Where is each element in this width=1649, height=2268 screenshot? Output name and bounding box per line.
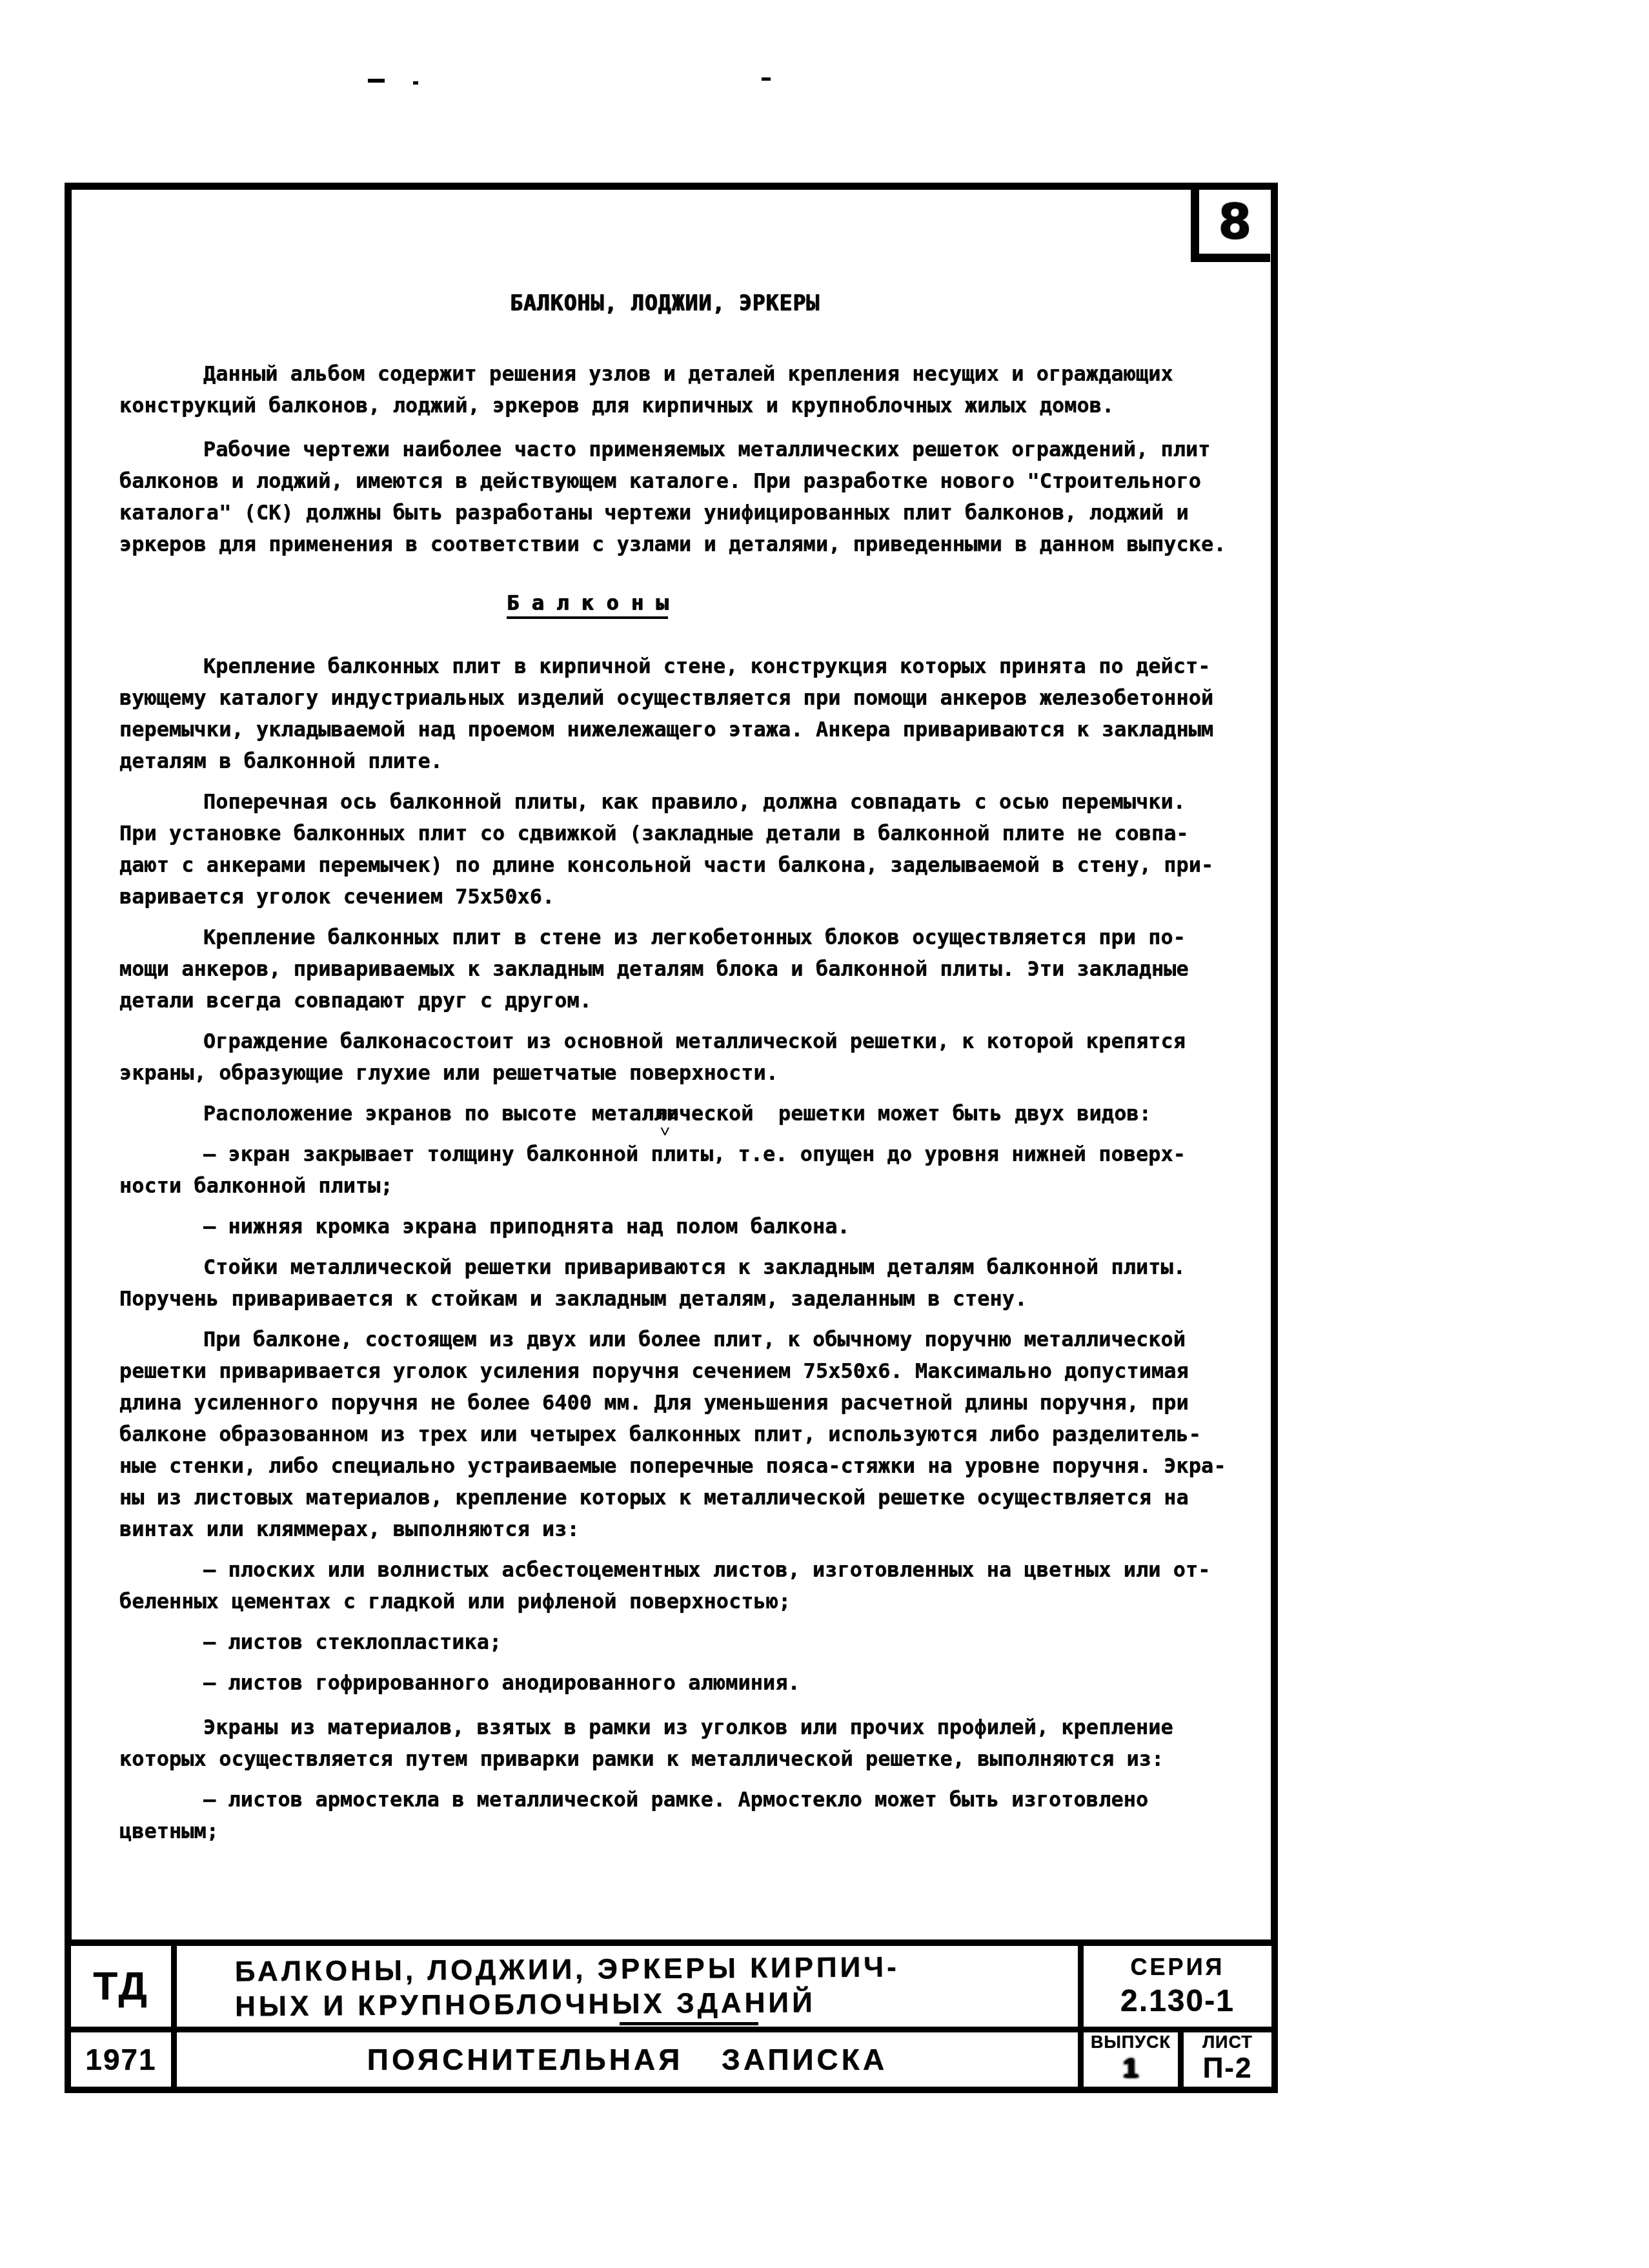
paragraph-1: Данный альбом содержит решения узлов и д… bbox=[119, 358, 1225, 421]
sheet-label: ЛИСТ bbox=[1202, 2032, 1253, 2052]
caret-mark: ˅ bbox=[576, 1117, 670, 1148]
paragraph-2: Рабочие чертежи наиболее часто применяем… bbox=[119, 434, 1225, 560]
text-line: винтах или кляммерах, выполняются из: bbox=[119, 1514, 1225, 1545]
paragraph-10: – нижняя кромка экрана приподнята над по… bbox=[119, 1211, 1225, 1242]
text-line: Поручень приваривается к стойкам и закла… bbox=[119, 1283, 1225, 1315]
page-number: 8 bbox=[1218, 194, 1251, 250]
text-line: детали всегда совпадают друг с другом. bbox=[119, 985, 1225, 1017]
text-line: перемычки, укладываемой над проемом ниже… bbox=[119, 714, 1225, 745]
text-line: ности балконной плиты; bbox=[119, 1170, 1225, 1202]
year: 1971 bbox=[85, 2042, 156, 2077]
text-line: эркеров для применения в соответствии с … bbox=[119, 529, 1225, 560]
document-body: Данный альбом содержит решения узлов и д… bbox=[119, 358, 1225, 1847]
text-line: длина усиленного поручня не более 6400 м… bbox=[119, 1387, 1225, 1419]
section-heading-text: Б а л к о н ы bbox=[507, 591, 668, 619]
issue-cell: ВЫПУСК 1 bbox=[1084, 2032, 1178, 2087]
section-heading: Б а л к о н ы bbox=[119, 591, 1225, 622]
scan-artifact bbox=[413, 81, 418, 85]
text-line: Крепление балконных плит в стене из легк… bbox=[119, 922, 1225, 953]
paragraph-17: – листов армостекла в металлической рамк… bbox=[119, 1784, 1225, 1847]
text-line: деталям в балконной плите. bbox=[119, 745, 1225, 777]
text-line: ны из листовых материалов, крепление кот… bbox=[119, 1482, 1225, 1514]
text-line: – листов стеклопластика; bbox=[119, 1626, 1225, 1658]
scanned-document-page: 8 БАЛКОНЫ, ЛОДЖИИ, ЭРКЕРЫ Данный альбом … bbox=[0, 0, 1649, 2268]
doc-type-cell: ПОЯСНИТЕЛЬНАЯ ЗАПИСКА bbox=[177, 2032, 1078, 2087]
series-value: 2.130-1 bbox=[1120, 1983, 1235, 2019]
text-line: Данный альбом содержит решения узлов и д… bbox=[119, 358, 1225, 390]
paragraph-15: – листов гофрированного анодированного а… bbox=[119, 1667, 1225, 1699]
text-line: – плоских или волнистых асбестоцементных… bbox=[119, 1554, 1225, 1586]
paragraph-4: Крепление балконных плит в кирпичной сте… bbox=[119, 651, 1225, 777]
text-line: дают с анкерами перемычек) по длине конс… bbox=[119, 849, 1225, 881]
paragraph-14: – листов стеклопластика; bbox=[119, 1626, 1225, 1658]
text-line: Экраны из материалов, взятых в рамки из … bbox=[119, 1712, 1225, 1743]
text-line: Поперечная ось балконной плиты, как прав… bbox=[119, 786, 1225, 818]
org-code-cell: ТД bbox=[71, 1946, 171, 2027]
paragraph-12: При балконе, состоящем из двух или более… bbox=[119, 1324, 1225, 1545]
text-line: Рабочие чертежи наиболее часто применяем… bbox=[119, 434, 1225, 465]
text-line: – листов армостекла в металлической рамк… bbox=[119, 1784, 1225, 1816]
text-line: ные стенки, либо специально устраиваемые… bbox=[119, 1450, 1225, 1482]
series-cell: СЕРИЯ 2.130-1 bbox=[1084, 1946, 1271, 2027]
title-block-title-line2: НЫХ И КРУПНОБЛОЧНЫХ ЗДАНИЙ bbox=[235, 1985, 816, 2024]
doc-type: ПОЯСНИТЕЛЬНАЯ ЗАПИСКА bbox=[367, 2042, 887, 2077]
paragraph-13: – плоских или волнистых асбестоцементных… bbox=[119, 1554, 1225, 1617]
org-code: ТД bbox=[93, 1963, 149, 2009]
paragraph-5: Поперечная ось балконной плиты, как прав… bbox=[119, 786, 1225, 913]
paragraph-16: Экраны из материалов, взятых в рамки из … bbox=[119, 1712, 1225, 1775]
document-title: БАЛКОНЫ, ЛОДЖИИ, ЭРКЕРЫ bbox=[510, 290, 1225, 316]
text-line: мощи анкеров, привариваемых к закладным … bbox=[119, 953, 1225, 985]
text-line: варивается уголок сечением 75х50х6. bbox=[119, 881, 1225, 913]
title-block-title-cell: БАЛКОНЫ, ЛОДЖИИ, ЭРКЕРЫ КИРПИЧ- НЫХ И КР… bbox=[177, 1943, 1137, 2030]
paragraph-11: Стойки металлической решетки приваривают… bbox=[119, 1251, 1225, 1315]
text-line: При установке балконных плит со сдвижкой… bbox=[119, 818, 1225, 849]
text-line: Стойки металлической решетки приваривают… bbox=[119, 1251, 1225, 1283]
paragraph-6: Крепление балконных плит в стене из легк… bbox=[119, 922, 1225, 1017]
text-line: каталога" (СК) должны быть разработаны ч… bbox=[119, 497, 1225, 529]
paragraph-7: Ограждение балконасостоит из основной ме… bbox=[119, 1026, 1225, 1089]
scan-artifact bbox=[762, 77, 771, 81]
text-line: экраны, образующие глухие или решетчатые… bbox=[119, 1057, 1225, 1089]
page-number-box: 8 bbox=[1191, 190, 1270, 262]
text-line: Ограждение балконасостоит из основной ме… bbox=[119, 1026, 1225, 1057]
text-line: балконов и лоджий, имеются в действующем… bbox=[119, 465, 1225, 497]
issue-value: 1 bbox=[1123, 2052, 1138, 2083]
text-line: цветным; bbox=[119, 1816, 1225, 1847]
sheet-cell: ЛИСТ П-2 bbox=[1184, 2032, 1271, 2087]
year-cell: 1971 bbox=[71, 2032, 171, 2087]
title-block-title-line1: БАЛКОНЫ, ЛОДЖИИ, ЭРКЕРЫ КИРПИЧ- bbox=[235, 1950, 900, 1989]
text-line: конструкций балконов, лоджий, эркеров дл… bbox=[119, 390, 1225, 421]
text-line: – нижняя кромка экрана приподнята над по… bbox=[119, 1211, 1225, 1242]
paragraph-8: Расположение экранов по высотена˅металли… bbox=[119, 1098, 1225, 1129]
paragraph-9: – экран закрывает толщину балконной плит… bbox=[119, 1139, 1225, 1202]
sheet-value: П-2 bbox=[1203, 2052, 1253, 2085]
document-content: БАЛКОНЫ, ЛОДЖИИ, ЭРКЕРЫ Данный альбом со… bbox=[119, 290, 1225, 1847]
text-line: вующему каталогу индустриальных изделий … bbox=[119, 682, 1225, 714]
series-label: СЕРИЯ bbox=[1131, 1954, 1225, 1981]
text-line: беленных цементах с гладкой или рифленой… bbox=[119, 1586, 1225, 1617]
title-block: ТД 1971 БАЛКОНЫ, ЛОДЖИИ, ЭРКЕРЫ КИРПИЧ- … bbox=[65, 1939, 1278, 2093]
text-line: балконе образованном из трех или четырех… bbox=[119, 1419, 1225, 1450]
text-line: решетки приваривается уголок усиления по… bbox=[119, 1355, 1225, 1387]
issue-label: ВЫПУСК bbox=[1091, 2032, 1171, 2052]
scan-artifact bbox=[368, 79, 385, 83]
text-line: При балконе, состоящем из двух или более… bbox=[119, 1324, 1225, 1355]
text-line: – экран закрывает толщину балконной плит… bbox=[119, 1139, 1225, 1170]
text-line: Крепление балконных плит в кирпичной сте… bbox=[119, 651, 1225, 682]
text-line: которых осуществляется путем приварки ра… bbox=[119, 1743, 1225, 1775]
divider bbox=[171, 1946, 177, 2087]
divider bbox=[1178, 2027, 1184, 2087]
text-line: Расположение экранов по высотена˅металли… bbox=[119, 1098, 1225, 1129]
text-line: – листов гофрированного анодированного а… bbox=[119, 1667, 1225, 1699]
